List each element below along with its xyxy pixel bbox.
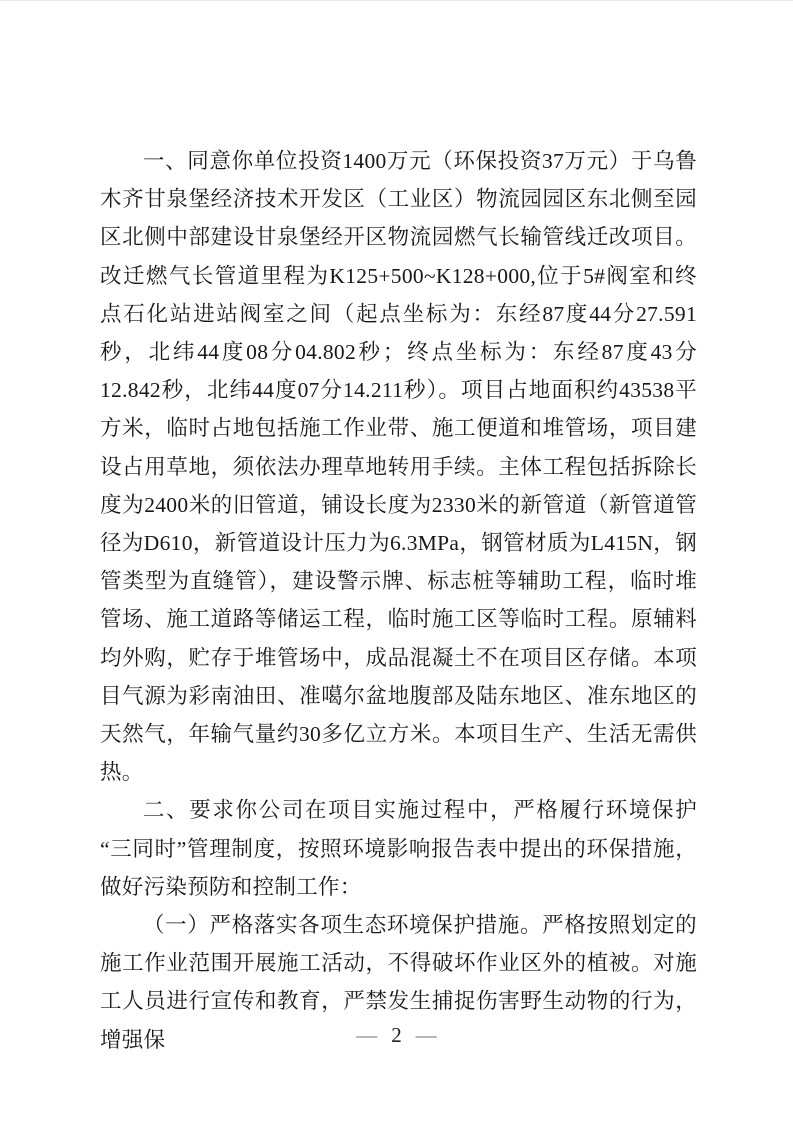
page-number: 2 xyxy=(391,1020,402,1050)
page-number-right-dash: — xyxy=(416,1020,437,1050)
page-number-left-dash: — xyxy=(356,1020,377,1050)
document-body: 一、同意你单位投资1400万元（环保投资37万元）于乌鲁木齐甘泉堡经济技术开发区… xyxy=(100,142,697,1059)
page-footer: — 2 — xyxy=(0,1020,793,1050)
paragraph-requirement-item-2: 二、要求你公司在项目实施过程中，严格履行环境保护“三同时”管理制度，按照环境影响… xyxy=(100,791,697,906)
document-page: 一、同意你单位投资1400万元（环保投资37万元）于乌鲁木齐甘泉堡经济技术开发区… xyxy=(0,0,793,1122)
paragraph-approval-item-1: 一、同意你单位投资1400万元（环保投资37万元）于乌鲁木齐甘泉堡经济技术开发区… xyxy=(100,142,697,791)
